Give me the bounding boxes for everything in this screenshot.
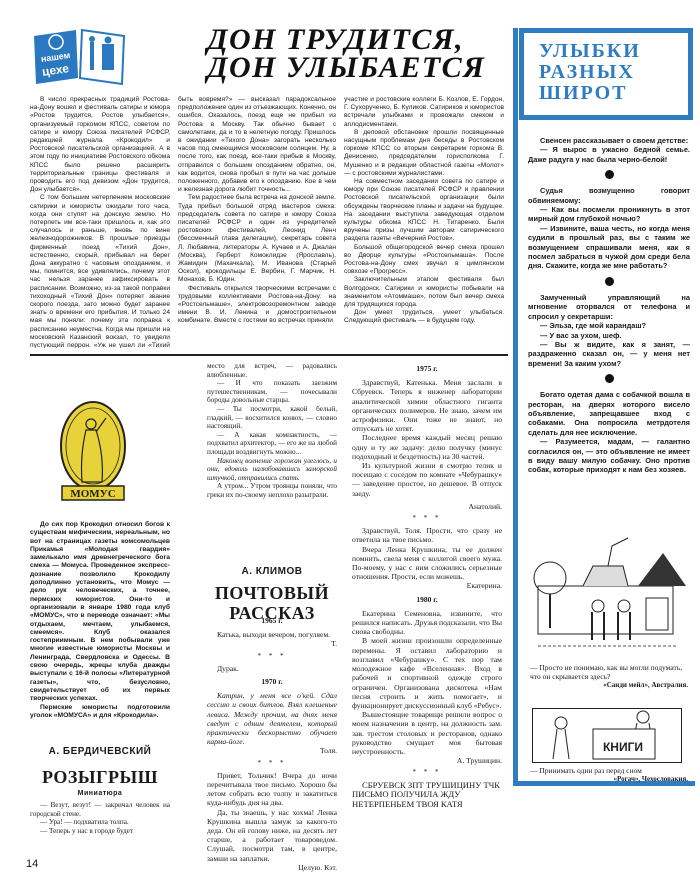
v-nashem-tsekhe-logo: нашем цехе xyxy=(30,28,130,86)
letter-text: Привет, Тольчик! Вчера до ночи перечитыв… xyxy=(207,771,337,808)
title-line-2: РАЗНЫХ xyxy=(539,62,688,83)
cartoon-2-caption-block: — Принимать один раз перед сном «Рогач»,… xyxy=(530,766,688,783)
separator-stars: * * * xyxy=(207,652,337,661)
paragraph: Тем радостнее была встреча на донской зе… xyxy=(178,194,336,284)
cartoon-caption: — Просто не понимаю, как вы могли подума… xyxy=(530,663,688,681)
cartoon-book-stall-icon: КНИГИ xyxy=(533,709,682,763)
page-number: 14 xyxy=(26,858,38,870)
paragraph: — Ура! — подхватила толпа. xyxy=(30,818,170,827)
letter-text: Катька, выходи вечером, погуляем. xyxy=(207,630,337,639)
svg-text:МОМУС: МОМУС xyxy=(70,488,115,500)
letter-signature: Анатолий. xyxy=(352,502,502,511)
year-label: 1970 г. xyxy=(207,677,337,686)
paragraph: Большой общегородской вечер смеха прошел… xyxy=(344,244,504,277)
greek-god-medallion-icon: МОМУС xyxy=(58,400,128,510)
pochtovy-letters-2: 1975 г. Здравствуй, Катенька. Меня засла… xyxy=(352,360,502,809)
main-article-column-2: быть вовремя?» — высказал парадоксальное… xyxy=(178,96,336,348)
paragraph: — Ты посмотри, какой белый, гладкий, — в… xyxy=(207,405,337,431)
story-title: РОЗЫГРЫШ xyxy=(30,767,170,787)
joke-text: — Эльза, где мой карандаш? xyxy=(528,321,690,330)
letter-text: Да, ты знаешь, у нас хохма! Ленка Крушки… xyxy=(207,808,337,863)
letter-text: Здравствуй, Катенька. Меня заслали в Сбр… xyxy=(352,378,502,433)
joke-text: — Как вы посмели проникнуть в этот мирны… xyxy=(528,205,690,224)
letter-signature: А. Трушицин. xyxy=(352,756,502,765)
letter-text: Катрин, у меня все о'кей. Сдал сессию и … xyxy=(207,691,337,746)
cartoon-1 xyxy=(528,528,688,653)
cartoon-2: КНИГИ xyxy=(532,708,682,763)
joke-text: — У вас за ухом, шеф. xyxy=(528,331,690,340)
title-line-2: ДОН УЛЫБАЕТСЯ xyxy=(207,54,507,82)
main-article-column-1: В число прекрасных традиций Ростова-на-Д… xyxy=(30,96,170,348)
letter-signature: Целую. Кэт. xyxy=(207,863,337,872)
separator-stars: * * * xyxy=(352,514,502,523)
title-line-1: ДОН ТРУДИТСЯ, xyxy=(207,26,507,54)
paragraph: В число прекрасных традиций Ростова-на-Д… xyxy=(30,96,170,194)
main-article-column-3: участие и ростовские коллеги Б. Козлов, … xyxy=(344,96,504,348)
telegram-text: СБРУЕВСК ЗПТ ТРУШИЦИНУ ТЧК ПИСЬМО ПОЛУЧИ… xyxy=(352,781,502,810)
paragraph: — И что показать заезжим путешественника… xyxy=(207,379,337,405)
joke-text: — Вы ж видите, как я занят, — раздраженн… xyxy=(528,340,690,368)
separator-stars: * * * xyxy=(352,768,502,777)
letter-text: Здравствуй, Толя. Прости, что сразу не о… xyxy=(352,526,502,544)
ulybki-jokes: Свенсен рассказывает о своем детстве: — … xyxy=(528,136,690,475)
letter-text: Последнее время каждый месяц решаю одну … xyxy=(352,433,502,461)
story-author: А. КЛИМОВ xyxy=(207,566,337,577)
pochtovy-letters-1: 1965 г. Катька, выходи вечером, погуляем… xyxy=(207,612,337,872)
paragraph: Пермские юмористы подготовили уголок «МО… xyxy=(30,704,170,721)
rozygrysh-story: А. БЕРДИЧЕВСКИЙ РОЗЫГРЫШ Миниатюра — Вез… xyxy=(30,746,170,835)
letter-text: Дурак. xyxy=(207,664,337,673)
paragraph: А утром... Утром троянцы поняли, что гре… xyxy=(207,482,337,499)
paragraph: На совместном заседании совета по сатире… xyxy=(344,178,504,244)
joke-3: Замученный управляющий на мгновение отор… xyxy=(528,293,690,368)
joke-2: Судья возмущенно говорит обвиняемому: — … xyxy=(528,186,690,271)
year-label: 1965 г. xyxy=(207,616,337,625)
cartoon-source: «Рогач», Чехословакия. xyxy=(530,775,688,783)
main-article-title: ДОН ТРУДИТСЯ, ДОН УЛЫБАЕТСЯ xyxy=(207,26,507,82)
letter-text: Вчера Ленка Крушкина, ты ее должен помни… xyxy=(352,545,502,582)
paragraph: место для встреч, — радовались влюбленны… xyxy=(207,362,337,379)
momus-emblem: МОМУС xyxy=(58,400,128,510)
joke-1: Свенсен рассказывает о своем детстве: — … xyxy=(528,136,690,164)
title-line-1: ПОЧТОВЫЙ xyxy=(207,583,337,603)
joke-text: — Разумеется, мадам, — галантно согласил… xyxy=(528,437,690,475)
paragraph: Дон умеет трудиться, умеет улыбаться. Сл… xyxy=(344,309,504,325)
letter-signature: Толя. xyxy=(207,746,337,755)
year-label: 1980 г. xyxy=(352,595,502,604)
ulybki-title-box: УЛЫБКИ РАЗНЫХ ШИРОТ xyxy=(519,28,693,120)
letter-text: Из культурной жизни я смотрю телик и пос… xyxy=(352,461,502,498)
title-line-1: УЛЫБКИ xyxy=(539,41,688,62)
momus-text: До сих пор Крокодил относил богов к суще… xyxy=(30,521,170,731)
bullet-dot xyxy=(605,277,614,286)
paragraph: — А какая компактность, — подхватил архи… xyxy=(207,431,337,457)
letter-signature: Т. xyxy=(207,639,337,648)
paragraph: — Везут, везут! — закричал человек на го… xyxy=(30,801,170,818)
bullet-dot xyxy=(605,374,614,383)
ulybki-title: УЛЫБКИ РАЗНЫХ ШИРОТ xyxy=(524,33,688,104)
letter-text: В моей жизни произошли определенные пере… xyxy=(352,636,502,710)
book-with-figures-icon: нашем цехе xyxy=(30,28,130,86)
paragraph: Наконец волнение горожан улеглось, и они… xyxy=(207,457,337,483)
paragraph: Заключительным этапом фестиваля был Волг… xyxy=(344,276,504,309)
story-subtitle: Миниатюра xyxy=(30,790,170,797)
cartoon-source: «Санди мейл», Австралия. xyxy=(530,681,688,689)
joke-text: Замученный управляющий на мгновение отор… xyxy=(528,293,690,321)
svg-text:КНИГИ: КНИГИ xyxy=(603,740,643,754)
paragraph: — Теперь у нас в городе будет xyxy=(30,827,170,836)
joke-text: Богато одетая дама с собачкой вошла в ре… xyxy=(528,390,690,437)
joke-4: Богато одетая дама с собачкой вошла в ре… xyxy=(528,390,690,475)
joke-text: Свенсен рассказывает о своем детстве: xyxy=(528,136,690,145)
cartoon-house-dog-policemen-icon xyxy=(528,528,688,653)
title-line-3: ШИРОТ xyxy=(539,83,688,104)
paragraph: В деловой обстановке прошли посвященные … xyxy=(344,129,504,178)
story-author: А. БЕРДИЧЕВСКИЙ xyxy=(30,746,170,757)
letter-text: Екатерина Семеновна, извините, что решил… xyxy=(352,609,502,637)
rozygrysh-continued: место для встреч, — радовались влюбленны… xyxy=(207,362,337,500)
paragraph: Фестиваль открылся творческими встречами… xyxy=(178,285,336,326)
paragraph: С том большим нетерпением московские сат… xyxy=(30,194,170,348)
separator-stars: * * * xyxy=(207,759,337,768)
joke-text: — Извините, ваша честь, но когда меня су… xyxy=(528,224,690,271)
cartoon-1-caption-block: — Просто не понимаю, как вы могли подума… xyxy=(530,663,688,689)
paragraph: До сих пор Крокодил относил богов к суще… xyxy=(30,521,170,704)
joke-text: Судья возмущенно говорит обвиняемому: xyxy=(528,186,690,205)
year-label: 1975 г. xyxy=(352,364,502,373)
joke-text: — Я вырос в ужасно бедной семье. Даже ра… xyxy=(528,145,690,164)
cartoon-caption: — Принимать один раз перед сном xyxy=(530,766,688,775)
story-text: — Везут, везут! — закричал человек на го… xyxy=(30,801,170,835)
letter-text: Вышестоящие товарищи решили вопрос о мое… xyxy=(352,710,502,756)
letter-signature: Екатерина. xyxy=(352,581,502,590)
paragraph: участие и ростовские коллеги Б. Козлов, … xyxy=(344,96,504,129)
bullet-dot xyxy=(605,170,614,179)
section-divider xyxy=(30,354,508,356)
paragraph: быть вовремя?» — высказал парадоксальное… xyxy=(178,96,336,194)
